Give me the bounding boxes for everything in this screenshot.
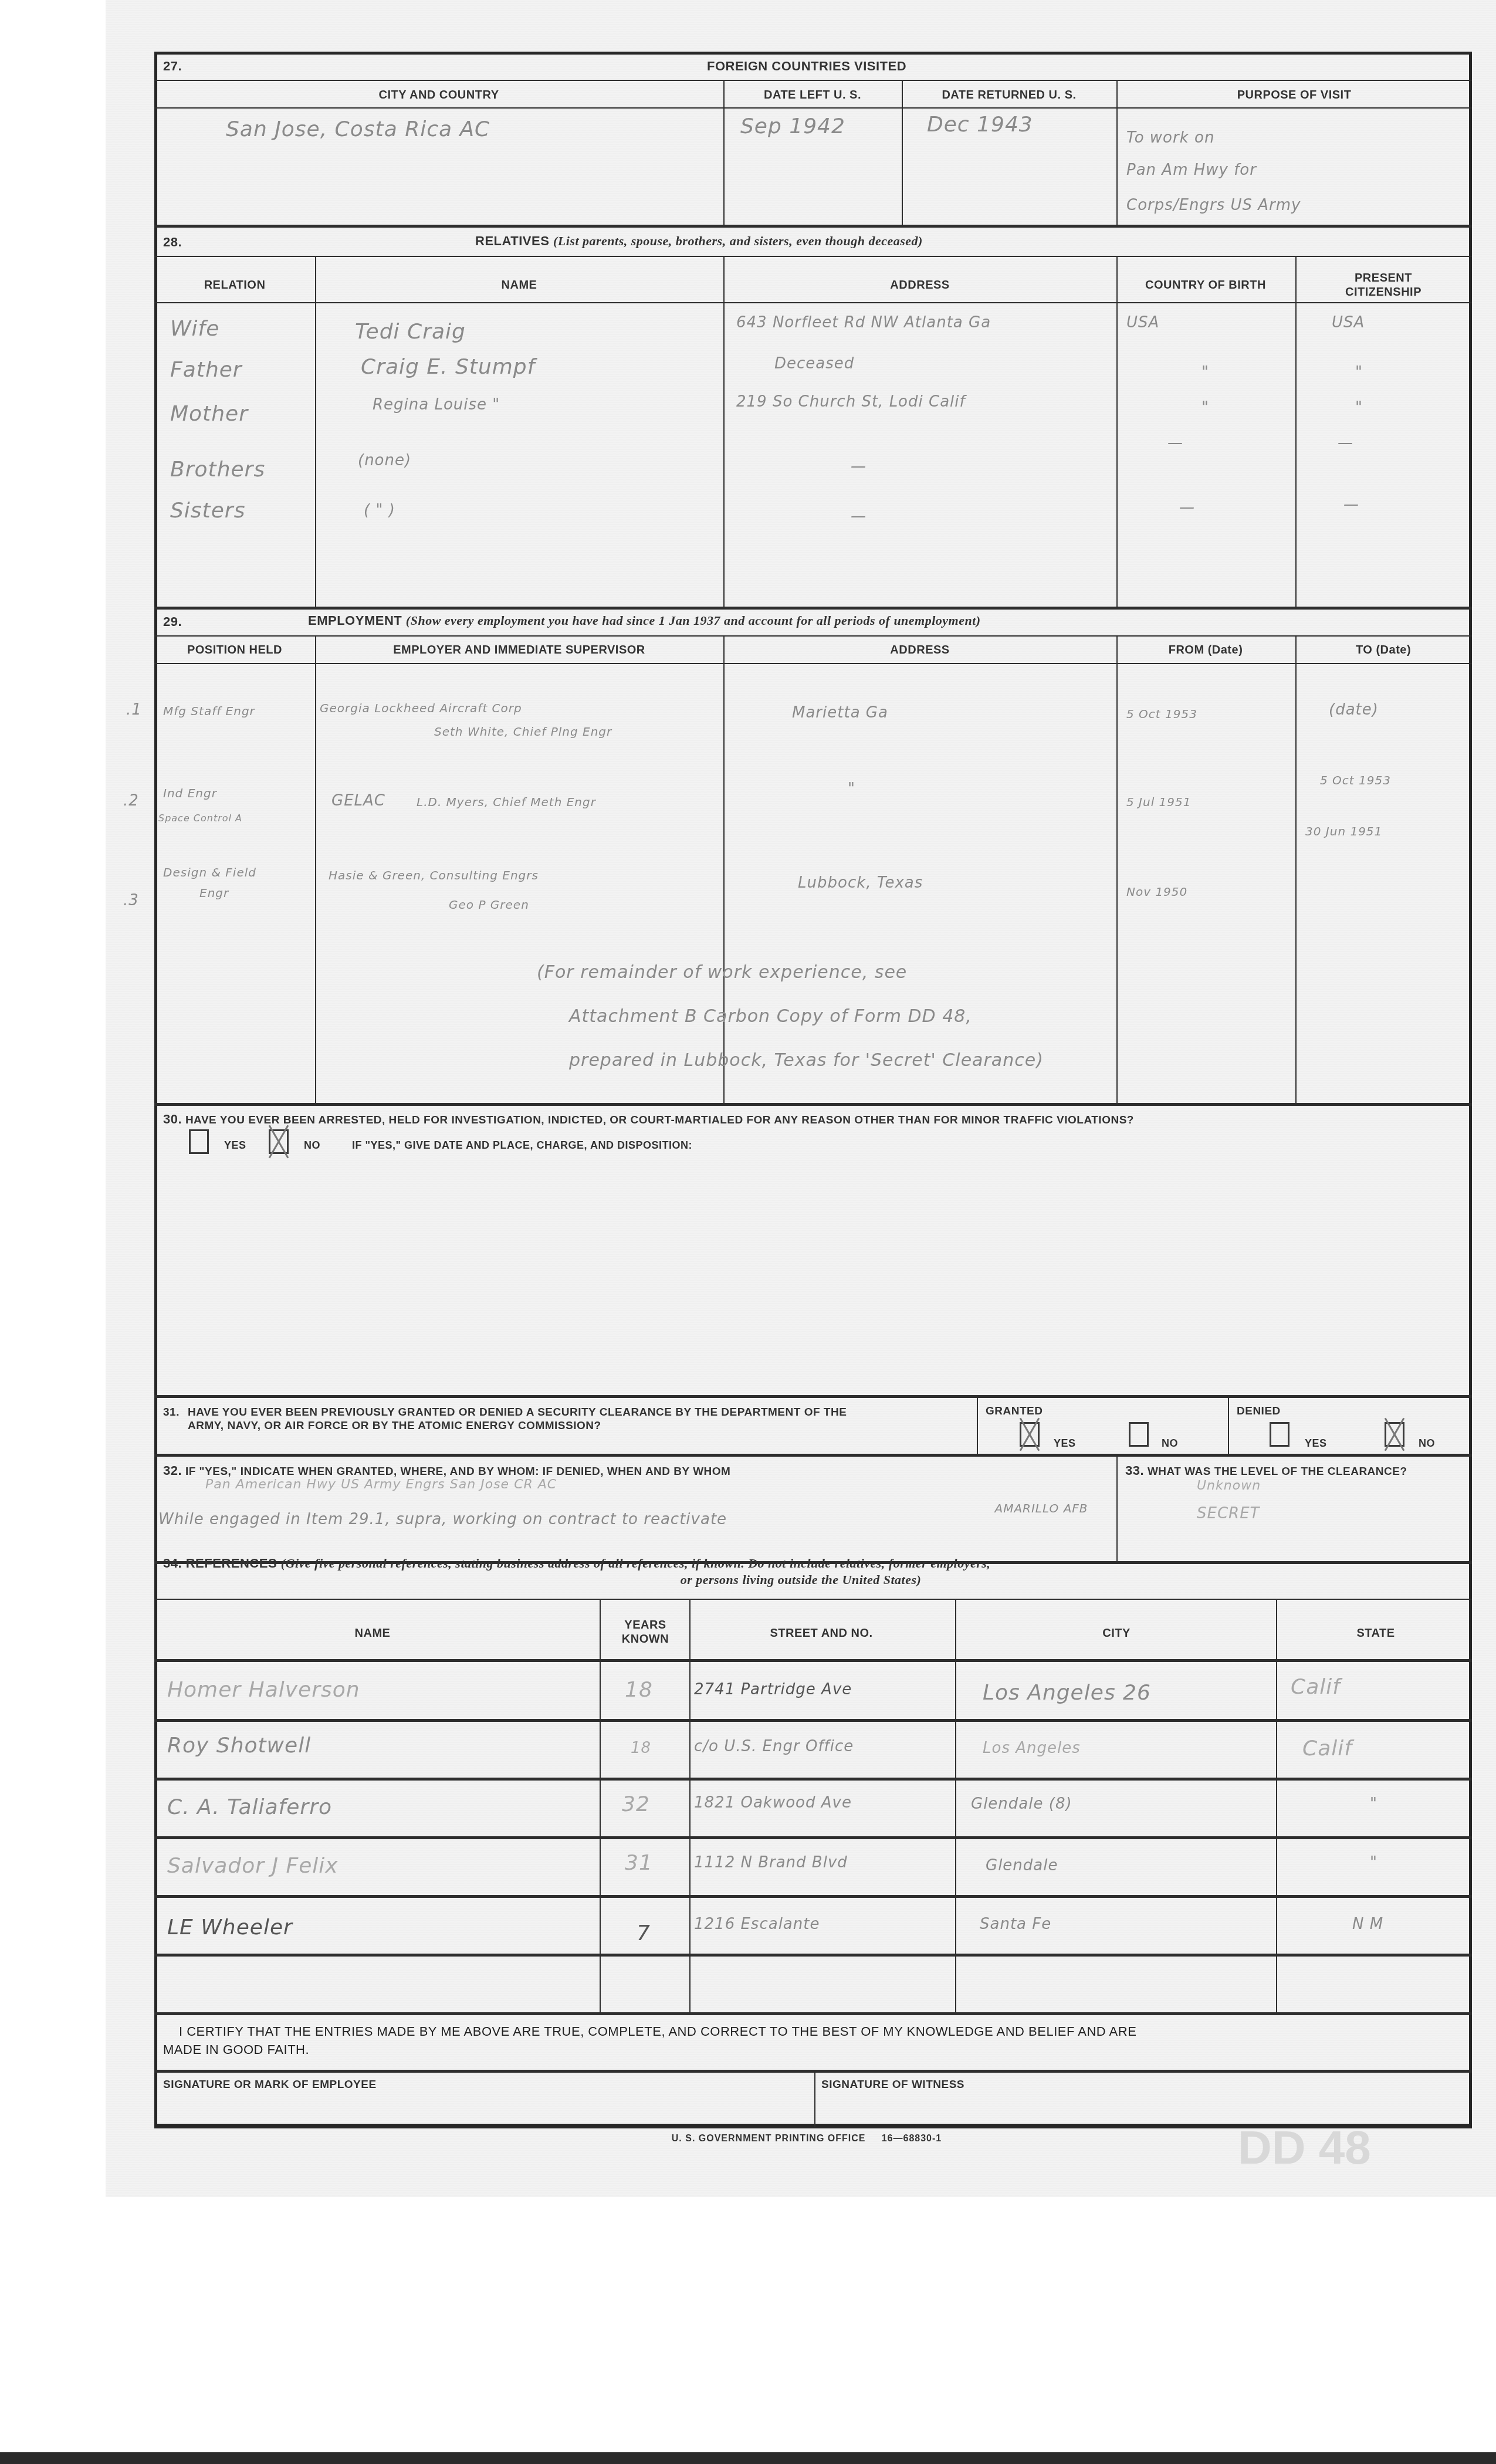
col-header-present-citizenship: PRESENTCITIZENSHIP bbox=[1345, 271, 1421, 299]
section-title-note-line2: or persons living outside the United Sta… bbox=[681, 1572, 922, 1588]
field-country-of-birth[interactable]: — bbox=[1179, 499, 1195, 516]
col-divider bbox=[723, 635, 725, 1103]
row-marker: .1 bbox=[126, 701, 142, 719]
field-name[interactable]: ( " ) bbox=[364, 502, 395, 519]
col-header-state: STATE bbox=[1356, 1627, 1395, 1640]
section-divider bbox=[154, 607, 1472, 610]
section-divider bbox=[154, 225, 1472, 228]
section-title-note: (List parents, spouse, brothers, and sis… bbox=[553, 233, 923, 248]
col-header-name: NAME bbox=[502, 279, 537, 292]
denied-yes-checkbox[interactable] bbox=[1270, 1422, 1289, 1447]
employee-signature-label: SIGNATURE OR MARK OF EMPLOYEE bbox=[163, 2079, 377, 2091]
field-supervisor[interactable]: Seth White, Chief Plng Engr bbox=[434, 725, 612, 739]
granted-yes-label: YES bbox=[1054, 1437, 1076, 1450]
col-divider bbox=[977, 1396, 978, 1455]
field-name[interactable]: Craig E. Stumpf bbox=[361, 355, 535, 379]
field-level[interactable]: SECRET bbox=[1197, 1505, 1260, 1522]
field-position[interactable]: Design & Field bbox=[163, 865, 256, 879]
field-purpose-line1[interactable]: To work on bbox=[1126, 129, 1214, 147]
field-address[interactable]: Marietta Ga bbox=[792, 704, 888, 722]
col-header-city: CITY bbox=[1102, 1627, 1131, 1640]
section-title-note: (Show every employment you have had sinc… bbox=[406, 613, 981, 628]
field-to-date[interactable]: 5 Oct 1953 bbox=[1320, 773, 1391, 787]
divider bbox=[154, 2070, 1472, 2073]
col-divider bbox=[902, 80, 903, 226]
field-purpose-line3[interactable]: Corps/Engrs US Army bbox=[1126, 197, 1301, 214]
section-number: 31. bbox=[163, 1406, 180, 1419]
col-divider bbox=[723, 80, 725, 226]
section-divider bbox=[154, 2012, 1472, 2015]
field-address[interactable]: Lubbock, Texas bbox=[798, 874, 923, 892]
field-ref-city[interactable]: Los Angeles 26 bbox=[983, 1681, 1151, 1705]
section-number: 30. bbox=[163, 1112, 182, 1126]
col-divider bbox=[689, 1599, 691, 2012]
field-ref-street[interactable]: 1112 N Brand Blvd bbox=[694, 1854, 848, 1871]
field-relation[interactable]: Mother bbox=[170, 402, 248, 426]
field-citizenship[interactable]: " bbox=[1355, 399, 1363, 417]
section-number: 28. bbox=[163, 235, 182, 250]
section-title-note: (Give five personal references, stating … bbox=[281, 1556, 991, 1571]
field-ref-years[interactable]: 18 bbox=[631, 1739, 651, 1757]
field-citizenship[interactable]: " bbox=[1355, 364, 1363, 381]
field-ref-name[interactable]: C. A. Taliaferro bbox=[167, 1795, 332, 1819]
col-divider bbox=[1116, 256, 1118, 608]
field-employer[interactable]: GELAC bbox=[331, 792, 385, 810]
field-ref-city[interactable]: Los Angeles bbox=[983, 1739, 1081, 1757]
printing-office-footer: U. S. GOVERNMENT PRINTING OFFICE 16—6883… bbox=[672, 2134, 942, 2144]
denied-no-label: NO bbox=[1419, 1437, 1435, 1450]
field-country-of-birth[interactable]: USA bbox=[1126, 314, 1159, 331]
section-number: 27. bbox=[163, 59, 182, 74]
col-header-employer: EMPLOYER AND IMMEDIATE SUPERVISOR bbox=[393, 644, 645, 657]
arrested-no-checkbox[interactable] bbox=[269, 1129, 289, 1154]
col-divider bbox=[1276, 1599, 1277, 2012]
col-divider bbox=[723, 256, 725, 608]
field-level-original[interactable]: Unknown bbox=[1197, 1478, 1261, 1493]
field-from-date[interactable]: 5 Jul 1951 bbox=[1126, 795, 1191, 809]
field-from-date[interactable]: Nov 1950 bbox=[1126, 885, 1187, 899]
section-number: 32. bbox=[163, 1463, 182, 1478]
question-33: 33. WHAT WAS THE LEVEL OF THE CLEARANCE? bbox=[1125, 1463, 1407, 1478]
divider bbox=[154, 1659, 1472, 1662]
field-purpose-line2[interactable]: Pan Am Hwy for bbox=[1126, 161, 1257, 179]
section-number: 34. bbox=[163, 1556, 182, 1571]
col-header-country-of-birth: COUNTRY OF BIRTH bbox=[1145, 279, 1266, 292]
field-ref-years[interactable]: 31 bbox=[625, 1851, 653, 1875]
arrest-details-field[interactable] bbox=[164, 1167, 1461, 1390]
field-address[interactable]: — bbox=[851, 507, 867, 525]
denied-yes-label: YES bbox=[1305, 1437, 1327, 1450]
divider bbox=[154, 663, 1472, 664]
field-ref-city[interactable]: Glendale (8) bbox=[971, 1795, 1072, 1813]
field-relation[interactable]: Sisters bbox=[170, 499, 245, 523]
granted-no-label: NO bbox=[1162, 1437, 1178, 1450]
field-country-of-birth[interactable]: — bbox=[1167, 434, 1183, 452]
col-divider bbox=[1116, 80, 1118, 226]
col-header-date-returned: DATE RETURNED U. S. bbox=[942, 89, 1076, 102]
field-position-line2[interactable]: Engr bbox=[199, 886, 229, 900]
field-address[interactable]: 219 So Church St, Lodi Calif bbox=[736, 393, 966, 411]
col-header-name: NAME bbox=[355, 1627, 391, 1640]
section-divider bbox=[154, 1395, 1472, 1398]
field-address[interactable]: — bbox=[851, 458, 867, 475]
col-divider bbox=[814, 2071, 815, 2127]
no-label: NO bbox=[304, 1139, 320, 1152]
field-country-of-birth[interactable]: " bbox=[1201, 399, 1209, 417]
field-supervisor[interactable]: L.D. Myers, Chief Meth Engr bbox=[417, 795, 596, 809]
col-divider bbox=[1116, 1455, 1118, 1562]
field-ref-street[interactable]: 2741 Partridge Ave bbox=[694, 1681, 852, 1698]
field-ref-street[interactable]: c/o U.S. Engr Office bbox=[694, 1738, 854, 1755]
field-ref-state[interactable]: " bbox=[1370, 1795, 1377, 1813]
col-divider bbox=[955, 1599, 956, 2012]
field-address[interactable]: " bbox=[848, 780, 855, 798]
section-number: 33. bbox=[1125, 1463, 1144, 1478]
employment-note-line1: (For remainder of work experience, see bbox=[537, 962, 907, 983]
scanner-edge bbox=[0, 2452, 1496, 2464]
field-country-of-birth[interactable]: " bbox=[1201, 364, 1209, 381]
divider bbox=[154, 80, 1472, 81]
section-title: FOREIGN COUNTRIES VISITED bbox=[707, 59, 906, 74]
field-name[interactable]: Regina Louise " bbox=[373, 396, 500, 414]
section-title-text: RELATIVES bbox=[475, 233, 549, 248]
field-date-returned[interactable]: Dec 1943 bbox=[927, 113, 1033, 137]
col-divider bbox=[315, 635, 316, 1103]
section-number: 29. bbox=[163, 614, 182, 629]
followup-instruction: IF "YES," GIVE DATE AND PLACE, CHARGE, A… bbox=[352, 1139, 692, 1152]
granted-no-checkbox[interactable] bbox=[1129, 1422, 1149, 1447]
col-header-address: ADDRESS bbox=[890, 279, 949, 292]
field-position[interactable]: Mfg Staff Engr bbox=[163, 704, 255, 718]
divider bbox=[154, 635, 1472, 637]
col-header-relation: RELATION bbox=[204, 279, 266, 292]
col-divider bbox=[1228, 1396, 1229, 1455]
col-divider bbox=[600, 1599, 601, 2012]
field-relation[interactable]: Father bbox=[170, 358, 242, 382]
granted-label: GRANTED bbox=[986, 1405, 1043, 1418]
field-citizenship[interactable]: — bbox=[1343, 496, 1359, 513]
denied-no-checkbox[interactable] bbox=[1385, 1422, 1404, 1447]
field-ref-years[interactable]: 32 bbox=[622, 1792, 650, 1816]
section-divider bbox=[154, 1454, 1472, 1457]
section-title: RELATIVES (List parents, spouse, brother… bbox=[475, 233, 923, 249]
field-ref-state[interactable]: Calif bbox=[1302, 1737, 1352, 1761]
employment-note-line2: Attachment B Carbon Copy of Form DD 48, bbox=[569, 1006, 972, 1027]
field-clearance-line1[interactable]: Pan American Hwy US Army Engrs San Jose … bbox=[205, 1477, 557, 1492]
field-ref-state[interactable]: N M bbox=[1352, 1915, 1383, 1933]
certify-line2: MADE IN GOOD FAITH. bbox=[163, 2042, 309, 2057]
col-header-city-country: CITY AND COUNTRY bbox=[378, 89, 499, 102]
field-ref-name[interactable]: Roy Shotwell bbox=[167, 1734, 311, 1758]
col-divider bbox=[1295, 635, 1297, 1103]
field-position[interactable]: Ind Engr bbox=[163, 786, 217, 800]
field-address[interactable]: 643 Norfleet Rd NW Atlanta Ga bbox=[736, 314, 991, 331]
field-ref-city[interactable]: Santa Fe bbox=[980, 1915, 1051, 1933]
col-divider bbox=[1116, 635, 1118, 1103]
section-title-text: REFERENCES bbox=[186, 1556, 277, 1571]
field-relation[interactable]: Brothers bbox=[170, 458, 265, 482]
granted-yes-checkbox[interactable] bbox=[1020, 1422, 1040, 1447]
col-header-date-left: DATE LEFT U. S. bbox=[764, 89, 861, 102]
question-text: HAVE YOU EVER BEEN ARRESTED, HELD FOR IN… bbox=[185, 1114, 1134, 1126]
row-divider bbox=[154, 1778, 1472, 1781]
field-ref-years[interactable]: 18 bbox=[625, 1678, 653, 1702]
field-city-country[interactable]: San Jose, Costa Rica AC bbox=[226, 117, 490, 141]
field-to-date[interactable]: (date) bbox=[1329, 701, 1379, 719]
field-from-date[interactable]: 5 Oct 1953 bbox=[1126, 707, 1197, 721]
witness-signature-field[interactable] bbox=[818, 2094, 1467, 2124]
question-text: IF "YES," INDICATE WHEN GRANTED, WHERE, … bbox=[185, 1465, 731, 1478]
field-name[interactable]: (none) bbox=[358, 452, 411, 469]
col-divider bbox=[1295, 256, 1297, 608]
question-line1: HAVE YOU EVER BEEN PREVIOUSLY GRANTED OR… bbox=[188, 1406, 847, 1419]
field-employer[interactable]: Hasie & Green, Consulting Engrs bbox=[329, 868, 539, 882]
col-header-street: STREET AND NO. bbox=[770, 1627, 872, 1640]
field-ref-state[interactable]: Calif bbox=[1291, 1675, 1341, 1699]
divider bbox=[154, 1599, 1472, 1600]
field-ref-city[interactable]: Glendale bbox=[986, 1857, 1058, 1874]
col-divider bbox=[315, 256, 316, 608]
field-name[interactable]: Tedi Craig bbox=[355, 320, 466, 344]
row-divider bbox=[154, 1836, 1472, 1839]
witness-signature-label: SIGNATURE OF WITNESS bbox=[821, 2079, 964, 2091]
row-divider bbox=[154, 1954, 1472, 1957]
col-header-to-date: TO (Date) bbox=[1356, 644, 1411, 657]
field-employer[interactable]: Georgia Lockheed Aircraft Corp bbox=[320, 701, 522, 715]
question-32: 32. IF "YES," INDICATE WHEN GRANTED, WHE… bbox=[163, 1463, 730, 1478]
field-clearance-line2[interactable]: While engaged in Item 29.1, supra, worki… bbox=[158, 1511, 727, 1528]
field-supervisor[interactable]: Geo P Green bbox=[449, 898, 529, 912]
section-title: 34. REFERENCES (Give five personal refer… bbox=[163, 1556, 990, 1571]
section-title-text: EMPLOYMENT bbox=[308, 613, 402, 628]
col-header-position: POSITION HELD bbox=[187, 644, 282, 657]
field-ref-state[interactable]: " bbox=[1370, 1854, 1377, 1871]
employment-note-line3: prepared in Lubbock, Texas for 'Secret' … bbox=[569, 1050, 1044, 1071]
yes-label: YES bbox=[224, 1139, 246, 1152]
field-date-left[interactable]: Sep 1942 bbox=[740, 114, 845, 138]
col-header-from-date: FROM (Date) bbox=[1169, 644, 1243, 657]
denied-label: DENIED bbox=[1237, 1405, 1281, 1418]
divider bbox=[154, 107, 1472, 109]
field-to-date[interactable]: 30 Jun 1951 bbox=[1305, 824, 1382, 838]
row-divider bbox=[154, 1719, 1472, 1722]
field-position-line2[interactable]: Space Control A bbox=[158, 813, 242, 824]
row-marker: .3 bbox=[123, 892, 139, 909]
employee-signature-field[interactable] bbox=[158, 2094, 810, 2124]
bleed-through-form-id: DD 48 bbox=[1238, 2121, 1371, 2175]
col-header-purpose: PURPOSE OF VISIT bbox=[1237, 89, 1352, 102]
field-relation[interactable]: Wife bbox=[170, 317, 219, 341]
field-address[interactable]: Deceased bbox=[774, 355, 854, 373]
field-ref-years[interactable]: 7 bbox=[637, 1921, 651, 1945]
divider bbox=[154, 302, 1472, 303]
row-divider bbox=[154, 1895, 1472, 1898]
field-ref-name[interactable]: Homer Halverson bbox=[167, 1678, 360, 1702]
field-clearance-location[interactable]: AMARILLO AFB bbox=[983, 1499, 1100, 1518]
question-text: WHAT WAS THE LEVEL OF THE CLEARANCE? bbox=[1148, 1465, 1407, 1478]
field-ref-name[interactable]: LE Wheeler bbox=[167, 1915, 293, 1940]
col-header-address: ADDRESS bbox=[890, 644, 949, 657]
question-30: 30. HAVE YOU EVER BEEN ARRESTED, HELD FO… bbox=[163, 1112, 1134, 1127]
section-title: EMPLOYMENT (Show every employment you ha… bbox=[308, 613, 981, 628]
row-marker: .2 bbox=[123, 792, 139, 810]
field-ref-name[interactable]: Salvador J Felix bbox=[167, 1854, 339, 1878]
field-citizenship[interactable]: — bbox=[1338, 434, 1353, 452]
field-ref-street[interactable]: 1216 Escalante bbox=[694, 1915, 820, 1933]
col-header-years-known: YEARS KNOWN bbox=[619, 1618, 672, 1646]
arrested-yes-checkbox[interactable] bbox=[189, 1129, 209, 1154]
certify-line1: I CERTIFY THAT THE ENTRIES MADE BY ME AB… bbox=[179, 2024, 1136, 2039]
divider bbox=[154, 256, 1472, 257]
question-line2: ARMY, NAVY, OR AIR FORCE OR BY THE ATOMI… bbox=[188, 1420, 601, 1433]
field-citizenship[interactable]: USA bbox=[1332, 314, 1365, 331]
section-divider bbox=[154, 1103, 1472, 1106]
field-ref-street[interactable]: 1821 Oakwood Ave bbox=[694, 1794, 852, 1812]
